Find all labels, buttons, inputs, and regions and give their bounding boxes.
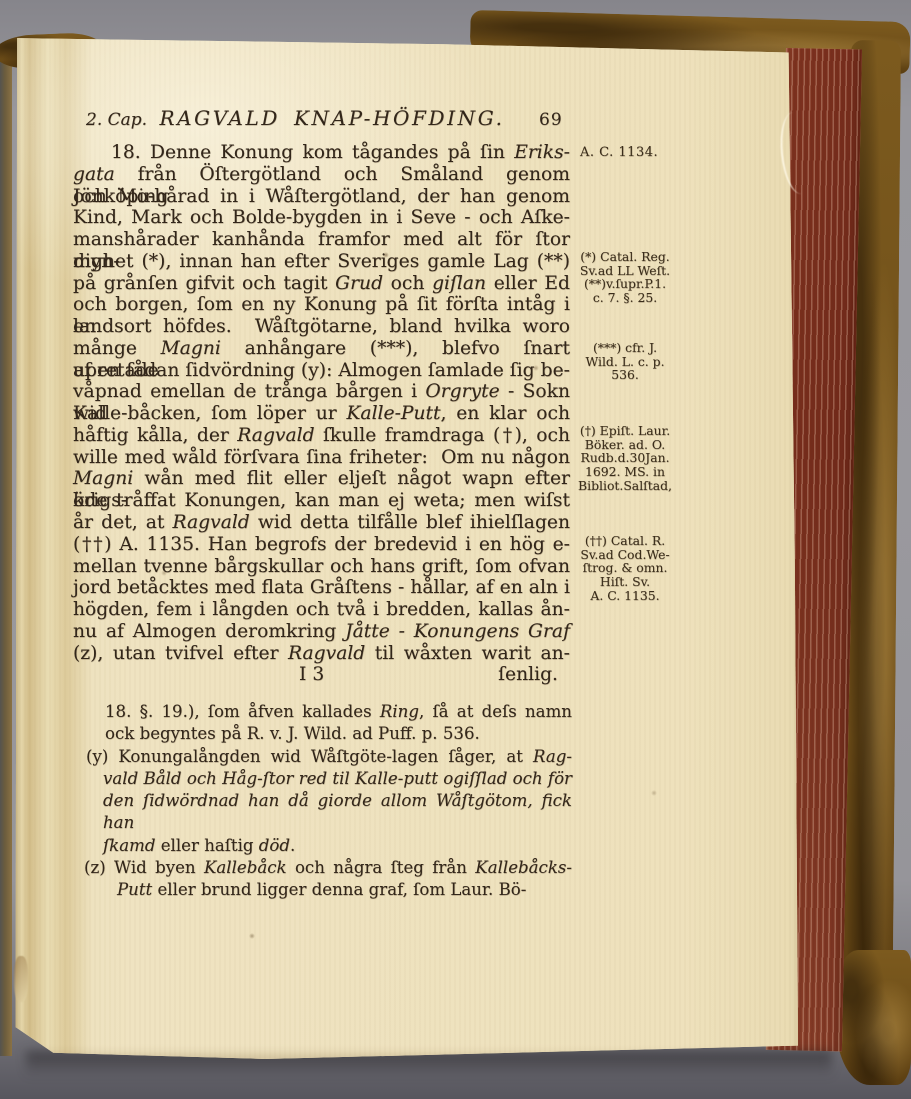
footnote-line: Putt eller brund ligger denna graf, ſom … <box>84 879 572 901</box>
chapter-label: 2. Cap. <box>86 110 147 130</box>
margin-note-catal-r: (††) Catal. R. Sv.ad Cod.We- ſtrog. & om… <box>577 534 673 603</box>
body-text-line: gata från Öſtergötland och Småland genom… <box>73 164 570 186</box>
body-text-line: af en ſådan ſidvördning (y): Almogen ſam… <box>73 360 570 382</box>
footnote-line: den ſidwördnad han då giorde allom Wåſtg… <box>84 790 572 835</box>
body-text: 18. Denne Konung kom tågandes på ſin Eri… <box>73 142 570 664</box>
signature-row: I 3 ſenlig. <box>73 664 570 685</box>
body-text-line: jord betåcktes med flata Gråſtens - håll… <box>73 577 570 599</box>
gathering-signature: I 3 <box>299 664 324 685</box>
body-text-line: nu af Almogen deromkring Jåtte - Konunge… <box>73 621 570 643</box>
body-text-line: landsort höfdes. Wåſtgötarne, bland hvil… <box>73 316 570 338</box>
footnote-line: vald Båld och Håg-ſtor red til Kalle-put… <box>84 768 572 790</box>
body-text-line: öde tråffat Konungen, kan man ej weta; m… <box>73 490 570 512</box>
body-text-line: mellan tvenne bårgskullar och hans grift… <box>73 556 570 578</box>
body-text-line: (z), utan tvifvel efter Ragvald til wåxt… <box>73 643 570 665</box>
footnotes: 18. §. 19.), ſom åfven kallades Ring, ſå… <box>84 701 572 902</box>
body-text-line: wille med wåld förſvara ſina friheter: O… <box>73 447 570 469</box>
body-text-line: håftig kålla, der Ragvald ſkulle framdra… <box>73 425 570 447</box>
footnote-line: (z) Wid byen Kallebåck och några ſteg fr… <box>84 857 572 879</box>
body-text-line: månge Magni anhångare (***), blefvo ſnar… <box>73 338 570 360</box>
footnote-line: 18. §. 19.), ſom åfven kallades Ring, ſå… <box>84 701 572 723</box>
leather-binding-bottom-right <box>836 950 911 1085</box>
body-text-line: våpnad emellan de trånga bårgen i Orgryt… <box>73 381 570 403</box>
margin-note-catal-reg: (*) Catal. Reg. Sv.ad LL Weſt. (**)v.ſup… <box>577 250 673 305</box>
body-text-line: (††) A. 1135. Han begrofs der bredevid i… <box>73 534 570 556</box>
body-text-line: Magni wån med flit eller eljeſt något wa… <box>73 468 570 490</box>
footnote-line: ſkamd eller haſtig död. <box>84 835 572 857</box>
margin-note-year-1134: A. C. 1134. <box>580 146 670 160</box>
footnote-line: ock begyntes på R. v. J. Wild. ad Puff. … <box>84 723 572 745</box>
footnote-continuation: 18. §. 19.), ſom åfven kallades Ring, ſå… <box>84 701 572 746</box>
margin-note-cfr-wild: (***) cfr. J. Wild. L. c. p. 536. <box>577 341 673 382</box>
body-text-line: och Mo-hårad in i Wåſtergötland, der han… <box>73 186 570 208</box>
page-number: 69 <box>539 110 563 130</box>
body-text-line: och borgen, ſom en ny Konung på ſit förſ… <box>73 294 570 316</box>
body-text-line: 18. Denne Konung kom tågandes på ſin Eri… <box>73 142 570 164</box>
margin-note-epist-laur: (†) Epiſt. Laur. Böker. ad. O. Rudb.d.30… <box>577 424 673 493</box>
body-text-line: år det, at Ragvald wid detta tilfålle bl… <box>73 512 570 534</box>
footnote-line: (y) Konungalångden wid Wåſtgöte-lagen ſå… <box>84 746 572 768</box>
footnote-y: (y) Konungalångden wid Wåſtgöte-lagen ſå… <box>84 746 572 857</box>
body-text-line: Kind, Mark och Bolde-bygden in i Seve - … <box>73 207 570 229</box>
book-scan-photo: { "page": { "header": { "chapter": "2. C… <box>0 0 911 1099</box>
body-text-line: Kalle-båcken, ſom löper ur Kalle-Putt, e… <box>73 403 570 425</box>
catchword: ſenlig. <box>498 664 558 685</box>
body-text-line: högden, fem i långden och två i bredden,… <box>73 599 570 621</box>
body-text-line: dighet (*), innan han efter Sveriges gam… <box>73 251 570 273</box>
page-edge-tear <box>14 956 28 1002</box>
book-spine-left-edge <box>0 46 12 1056</box>
body-text-line: manshårader kanhånda framfor med alt för… <box>73 229 570 251</box>
body-text-line: på grånſen gifvit och tagit Grud och giſ… <box>73 273 570 295</box>
running-title: RAGVALD KNAP-HÖFDING. <box>146 106 518 130</box>
footnote-z: (z) Wid byen Kallebåck och några ſteg fr… <box>84 857 572 902</box>
